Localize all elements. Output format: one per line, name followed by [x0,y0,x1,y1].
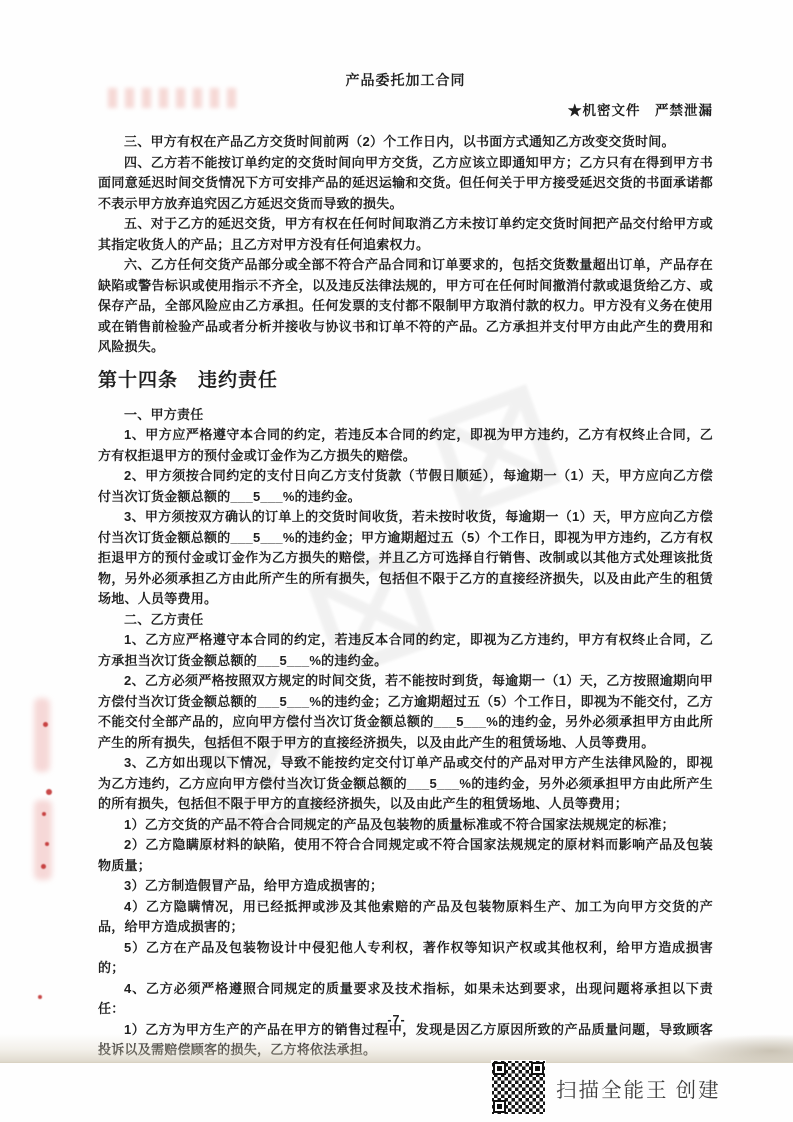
section-clauses: 一、甲方责任1、甲方应严格遵守本合同的约定，若违反本合同的约定，即视为甲方违约，… [98,405,713,1061]
contract-clause: 六、乙方任何交货产品部分或全部不符合产品合同和订单要求的，包括交货数量超出订单，… [98,255,713,358]
contract-clause: 2、甲方须按合同约定的支付日向乙方支付货款（节假日顺延），每逾期一（1）天，甲方… [98,466,713,507]
contract-clause: 5）乙方在产品及包装物设计中侵犯他人专利权，著作权等知识产权或其他权利，给甲方造… [98,938,713,979]
contract-body: 产品委托加工合同 ★机密文件 严禁泄漏 三、甲方有权在产品乙方交货时间前两（2）… [0,0,793,1061]
qr-finder-mark [493,1062,506,1075]
intro-clauses: 三、甲方有权在产品乙方交货时间前两（2）个工作日内，以书面方式通知乙方改变交货时… [98,132,713,358]
page-number: -7- [0,1013,793,1027]
contract-clause: 三、甲方有权在产品乙方交货时间前两（2）个工作日内，以书面方式通知乙方改变交货时… [98,132,713,153]
qr-code-icon [492,1061,545,1114]
contract-clause: 2）乙方隐瞒原材料的缺陷，使用不符合合同规定或不符合国家法规规定的原材料而影响产… [98,835,713,876]
contract-clause: 五、对于乙方的延迟交货，甲方有权在任何时间取消乙方未按订单约定交货时间把产品交付… [98,214,713,255]
scanner-footer: 扫描全能王 创建 [492,1061,721,1114]
section-heading: 第十四条 违约责任 [98,365,713,392]
contract-clause: 四、乙方若不能按订单约定的交货时间向甲方交货，乙方应该立即通知甲方；乙方只有在得… [98,153,713,215]
contract-clause: 1）乙方交货的产品不符合合同规定的产品及包装物的质量标准或不符合国家法规规定的标… [98,815,713,836]
contract-clause: 2、乙方必须严格按照双方规定的时间交货，若不能按时到货，每逾期一（1）天，乙方按… [98,671,713,753]
confidential-notice: ★机密文件 严禁泄漏 [98,99,713,119]
contract-clause: 3、乙方如出现以下情况，导致不能按约定交付订单产品或交付的产品对甲方产生法律风险… [98,753,713,815]
scanned-contract-page: 产品委托加工合同 ★机密文件 严禁泄漏 三、甲方有权在产品乙方交货时间前两（2）… [0,0,793,1122]
contract-clause: 1、甲方应严格遵守本合同的约定，若违反本合同的约定，即视为甲方违约，乙方有权终止… [98,425,713,466]
qr-finder-mark [531,1062,544,1075]
contract-clause: 3、甲方须按双方确认的订单上的交货时间收货，若未按时收货，每逾期一（1）天，甲方… [98,507,713,610]
contract-clause: 一、甲方责任 [98,405,713,426]
qr-finder-mark [493,1100,506,1113]
scanner-credit-text: 扫描全能王 创建 [556,1073,721,1103]
contract-clause: 1、乙方应严格遵守本合同的约定，若违反本合同的约定，即视为乙方违约，甲方有权终止… [98,630,713,671]
contract-clause: 3）乙方制造假冒产品，给甲方造成损害的； [98,876,713,897]
contract-clause: 4）乙方隐瞒情况，用已经抵押或涉及其他索赔的产品及包装物原料生产、加工为向甲方交… [98,897,713,938]
contract-clause: 二、乙方责任 [98,610,713,631]
document-title: 产品委托加工合同 [98,70,713,90]
